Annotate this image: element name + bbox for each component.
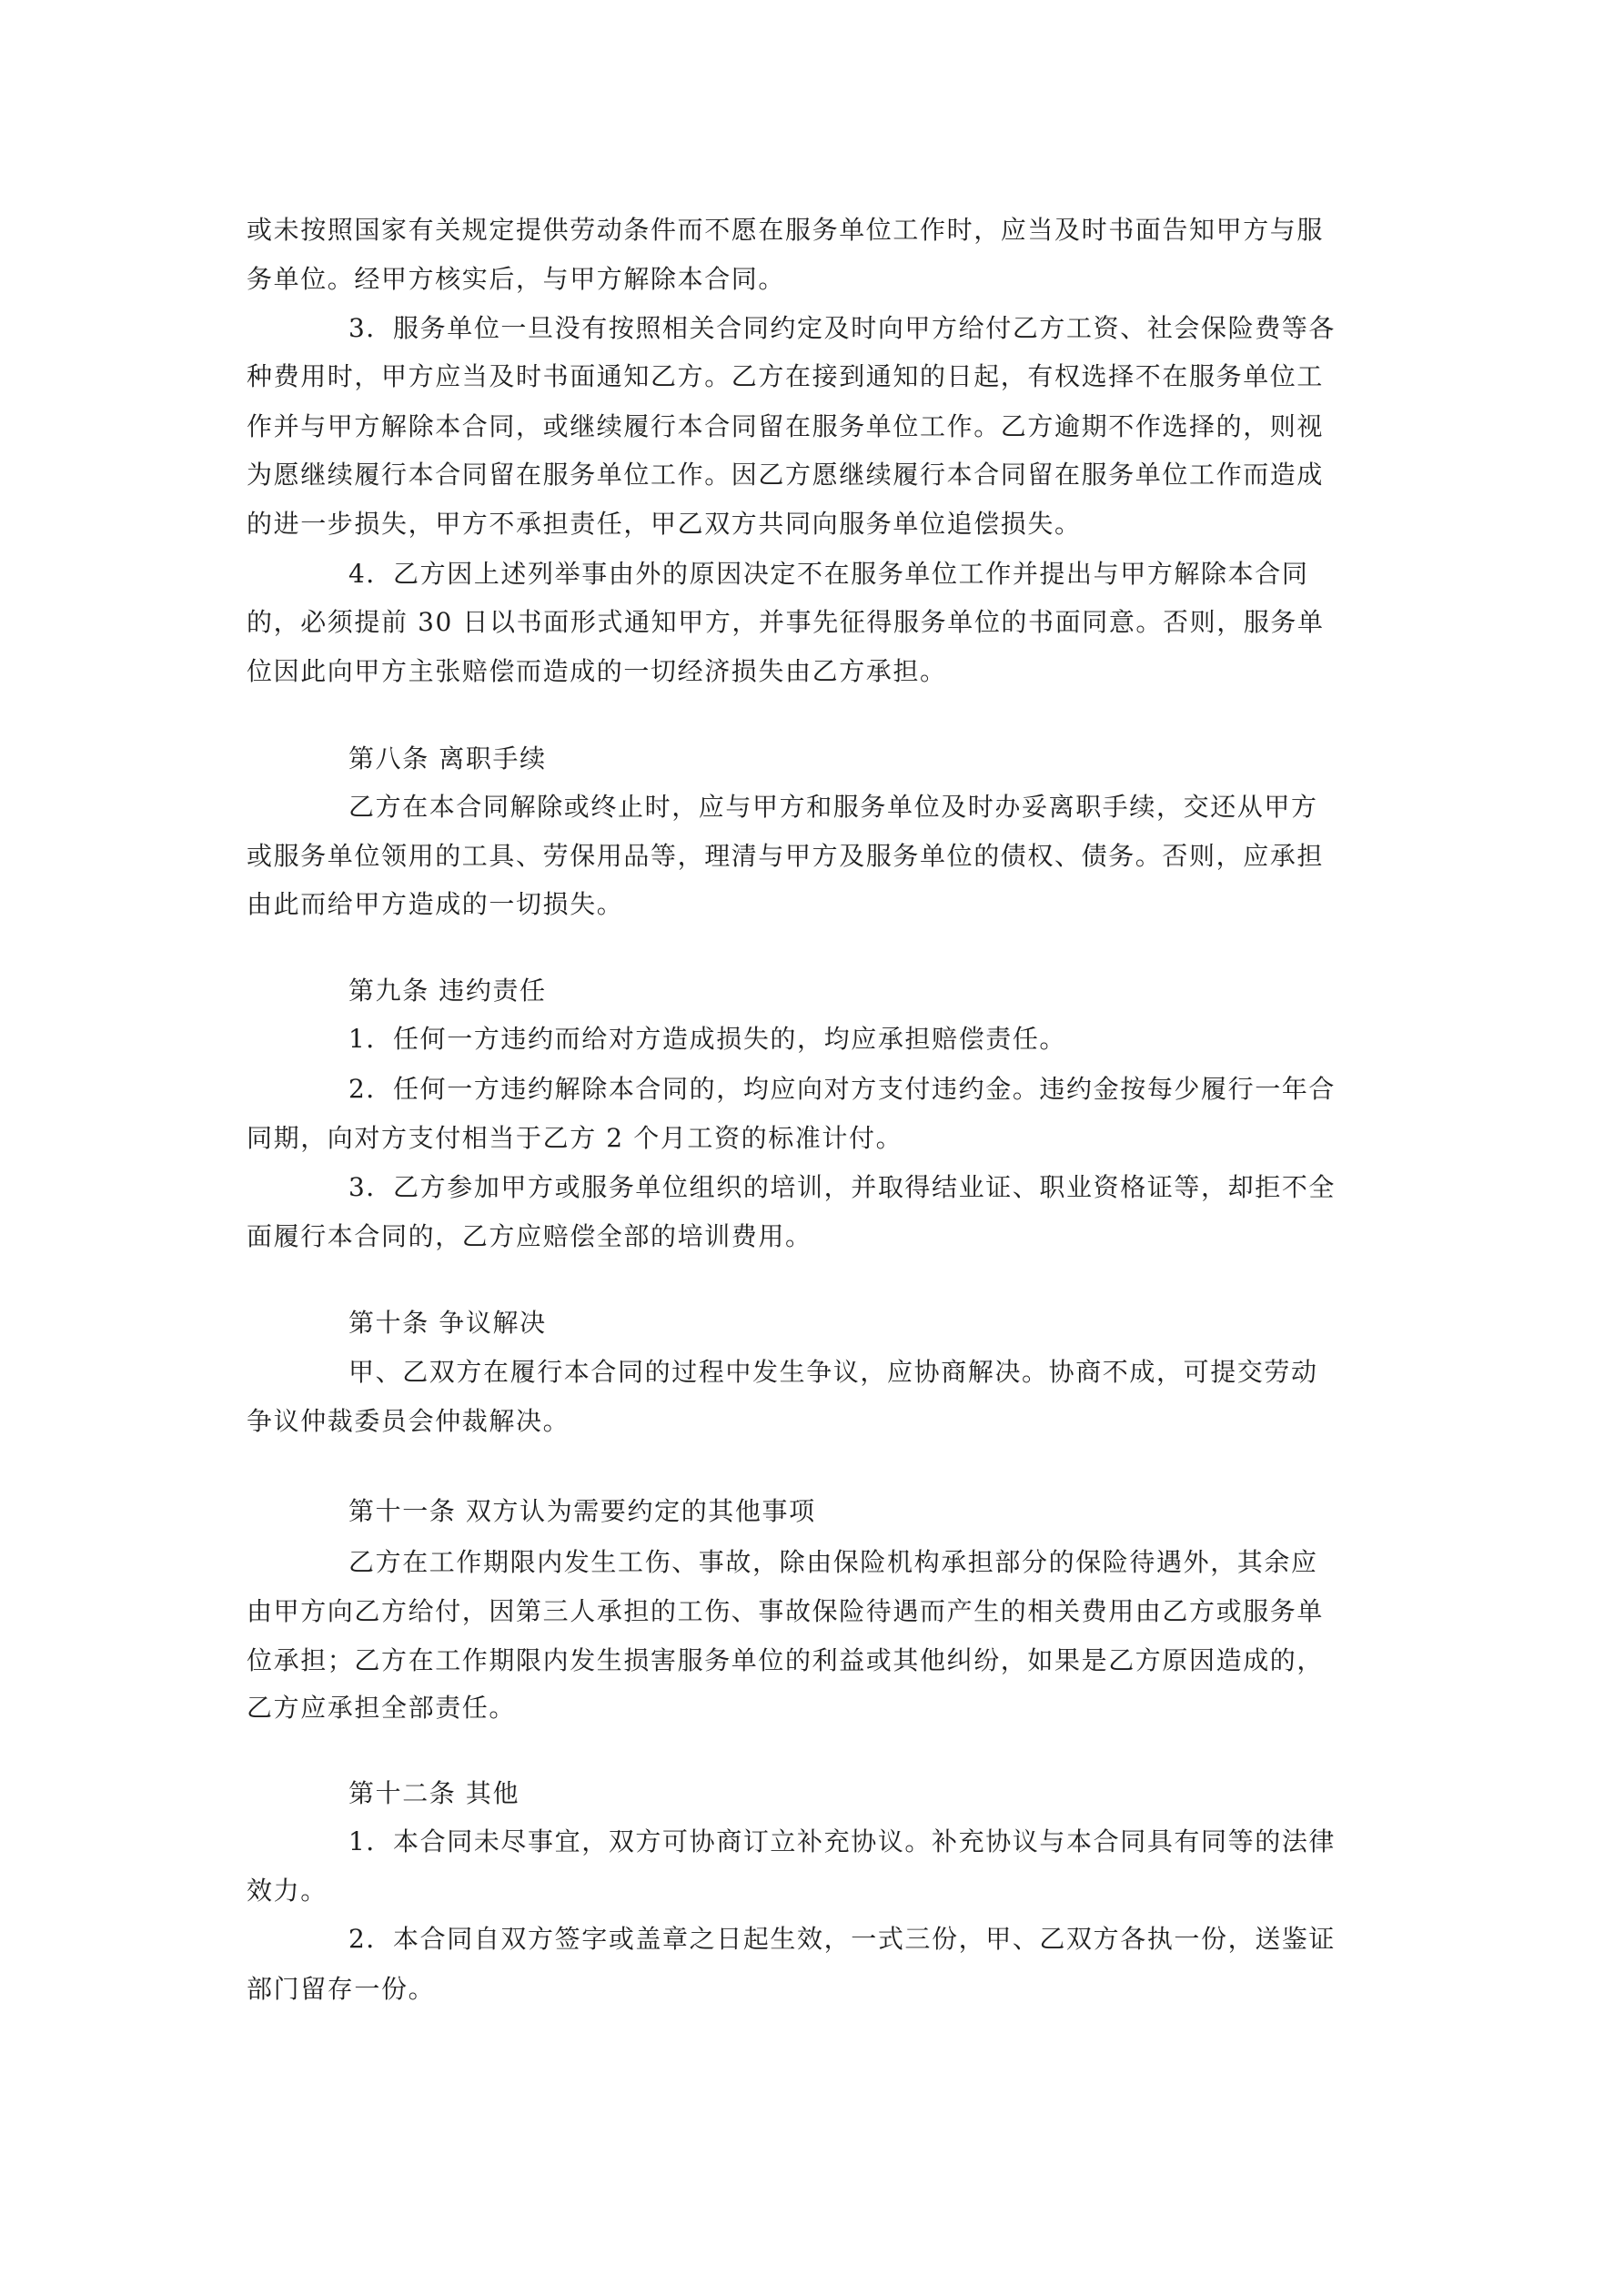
- body-line: 部门留存一份。: [247, 1975, 1393, 2004]
- section-heading-article-12: 第十二条 其他: [348, 1779, 1495, 1808]
- body-line: 甲、乙双方在履行本合同的过程中发生争议，应协商解决。协商不成，可提交劳动: [348, 1358, 1495, 1387]
- body-line: 由甲方向乙方给付，因第三人承担的工伤、事故保险待遇而产生的相关费用由乙方或服务单: [247, 1597, 1393, 1626]
- clause-item-2: 2．任何一方违约解除本合同的，均应向对方支付违约金。违约金按每少履行一年合: [348, 1075, 1495, 1104]
- clause-item-1: 1．本合同未尽事宜，双方可协商订立补充协议。补充协议与本合同具有同等的法律: [348, 1827, 1495, 1856]
- section-heading-article-11: 第十一条 双方认为需要约定的其他事项: [348, 1497, 1495, 1526]
- clause-item-3: 3．乙方参加甲方或服务单位组织的培训，并取得结业证、职业资格证等，却拒不全: [348, 1173, 1495, 1202]
- body-line: 面履行本合同的，乙方应赔偿全部的培训费用。: [247, 1222, 1393, 1251]
- document-page: 或未按照国家有关规定提供劳动条件而不愿在服务单位工作时，应当及时书面告知甲方与服…: [0, 0, 1624, 2296]
- body-line: 位因此向甲方主张赔偿而造成的一切经济损失由乙方承担。: [247, 657, 1393, 686]
- body-line: 务单位。经甲方核实后，与甲方解除本合同。: [247, 265, 1393, 294]
- body-line: 为愿继续履行本合同留在服务单位工作。因乙方愿继续履行本合同留在服务单位工作而造成: [247, 460, 1393, 490]
- body-line: 或服务单位领用的工具、劳保用品等，理清与甲方及服务单位的债权、债务。否则，应承担: [247, 842, 1393, 871]
- body-line: 由此而给甲方造成的一切损失。: [247, 890, 1393, 919]
- section-heading-article-10: 第十条 争议解决: [348, 1309, 1495, 1338]
- body-line: 位承担；乙方在工作期限内发生损害服务单位的利益或其他纠纷，如果是乙方原因造成的，: [247, 1646, 1393, 1675]
- body-line: 乙方在本合同解除或终止时，应与甲方和服务单位及时办妥离职手续，交还从甲方: [348, 793, 1495, 822]
- body-line: 作并与甲方解除本合同，或继续履行本合同留在服务单位工作。乙方逾期不作选择的，则视: [247, 412, 1393, 441]
- section-heading-article-9: 第九条 违约责任: [348, 976, 1495, 1006]
- body-line: 乙方应承担全部责任。: [247, 1694, 1393, 1723]
- clause-item-1: 1．任何一方违约而给对方造成损失的，均应承担赔偿责任。: [348, 1025, 1495, 1054]
- body-line: 的，必须提前 30 日以书面形式通知甲方，并事先征得服务单位的书面同意。否则，服…: [247, 608, 1393, 637]
- clause-item-2: 2．本合同自双方签字或盖章之日起生效，一式三份，甲、乙双方各执一份，送鉴证: [348, 1925, 1495, 1954]
- body-line: 种费用时，甲方应当及时书面通知乙方。乙方在接到通知的日起，有权选择不在服务单位工: [247, 362, 1393, 391]
- body-line: 的进一步损失，甲方不承担责任，甲乙双方共同向服务单位追偿损失。: [247, 510, 1393, 539]
- clause-item-3: 3．服务单位一旦没有按照相关合同约定及时向甲方给付乙方工资、社会保险费等各: [348, 314, 1495, 343]
- body-line: 争议仲裁委员会仲裁解决。: [247, 1407, 1393, 1436]
- body-line: 同期，向对方支付相当于乙方 2 个月工资的标准计付。: [247, 1124, 1393, 1153]
- body-line: 乙方在工作期限内发生工伤、事故，除由保险机构承担部分的保险待遇外，其余应: [348, 1548, 1495, 1577]
- body-line: 效力。: [247, 1876, 1393, 1906]
- section-heading-article-8: 第八条 离职手续: [348, 744, 1495, 774]
- body-line: 或未按照国家有关规定提供劳动条件而不愿在服务单位工作时，应当及时书面告知甲方与服: [247, 216, 1393, 245]
- clause-item-4: 4．乙方因上述列举事由外的原因决定不在服务单位工作并提出与甲方解除本合同: [348, 560, 1495, 589]
